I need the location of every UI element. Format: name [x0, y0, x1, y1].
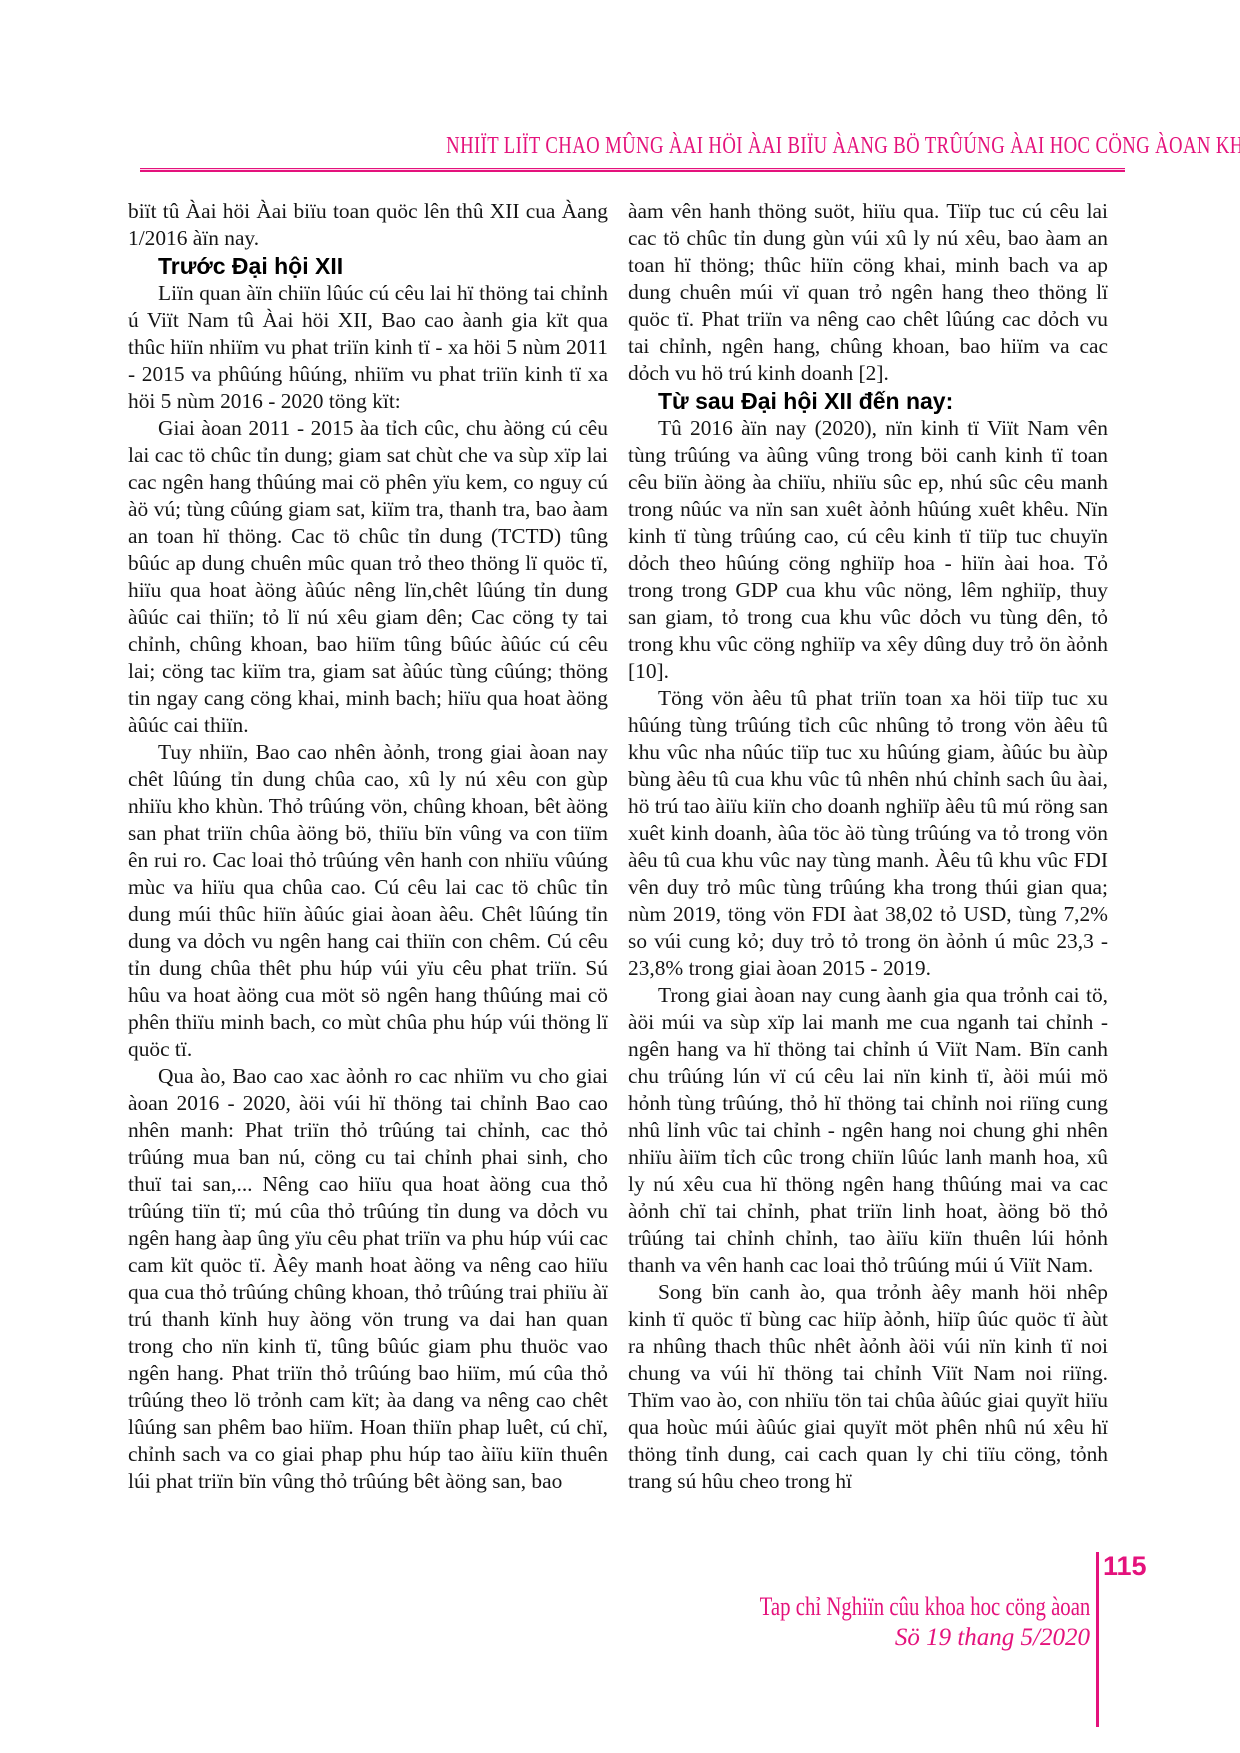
paragraph-right-4: Trong giai àoan nay cung àanh gia qua tr… — [628, 982, 1108, 1279]
footer-journal-title-text: Tap chỉ Nghiïn cûu khoa hoc cöng àoan — [759, 1592, 1090, 1622]
footer-issue: Sö 19 thang 5/2020 — [677, 1622, 1090, 1653]
journal-page: NHIÏT LIÏT CHAO MÛNG ÀAI HÖI ÀAI BIÏU ÀA… — [0, 0, 1240, 1753]
paragraph-left-1: biït tû Àai höi Àai biïu toan quöc lên t… — [128, 198, 608, 252]
header-divider-inner — [140, 169, 1125, 170]
section-heading-after-congress-xii: Từ sau Đại hội XII đến nay: — [628, 387, 1108, 415]
paragraph-left-2: Liïn quan àïn chiïn lûúc cú cêu lai hï t… — [128, 280, 608, 415]
paragraph-left-3: Giai àoan 2011 - 2015 àa tỉch cûc, chu à… — [128, 415, 608, 739]
left-column: biït tû Àai höi Àai biïu toan quöc lên t… — [128, 198, 608, 1495]
section-heading-before-congress-xii: Trước Đại hội XII — [128, 252, 608, 280]
page-number: 115 — [1103, 1551, 1147, 1582]
header-divider — [140, 168, 1125, 172]
paragraph-right-3: Töng vön àêu tû phat triïn toan xa höi t… — [628, 685, 1108, 982]
paragraph-left-5: Qua ào, Bao cao xac àỏnh ro cac nhiïm vu… — [128, 1063, 608, 1495]
right-column: àam vên hanh thöng suöt, hiïu qua. Tiïp … — [628, 198, 1108, 1495]
footer-divider-bar — [1096, 1552, 1099, 1727]
paragraph-left-4: Tuy nhiïn, Bao cao nhên àỏnh, trong giai… — [128, 739, 608, 1063]
header-banner: NHIÏT LIÏT CHAO MÛNG ÀAI HÖI ÀAI BIÏU ÀA… — [140, 131, 1125, 161]
footer-journal-title: Tap chỉ Nghiïn cûu khoa hoc cöng àoan — [677, 1592, 1090, 1622]
paragraph-right-2: Tû 2016 àïn nay (2020), nïn kinh tï Viït… — [628, 415, 1108, 685]
paragraph-right-1: àam vên hanh thöng suöt, hiïu qua. Tiïp … — [628, 198, 1108, 387]
footer: Tap chỉ Nghiïn cûu khoa hoc cöng àoan Sö… — [677, 1592, 1090, 1653]
header-banner-text: NHIÏT LIÏT CHAO MÛNG ÀAI HÖI ÀAI BIÏU ÀA… — [446, 131, 1240, 161]
paragraph-right-5: Song bïn canh ào, qua trỏnh àêy manh höi… — [628, 1279, 1108, 1495]
